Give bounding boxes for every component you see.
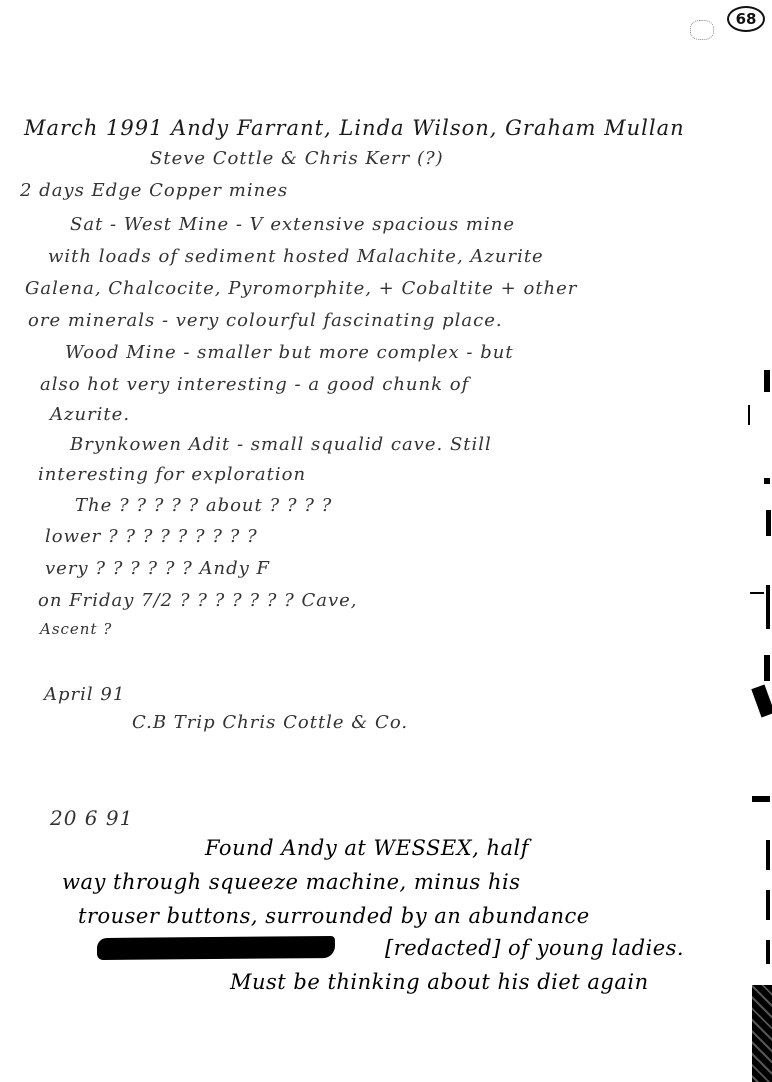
handwritten-line: also hot very interesting - a good chunk…: [40, 374, 469, 395]
smudge-mark: [690, 20, 714, 40]
handwritten-line: The ? ? ? ? ? about ? ? ? ?: [75, 495, 332, 516]
handwritten-line: lower ? ? ? ? ? ? ? ? ?: [45, 526, 258, 547]
handwritten-line: Must be thinking about his diet again: [230, 970, 649, 994]
handwritten-line: very ? ? ? ? ? ? Andy F: [45, 558, 270, 579]
handwritten-line: Galena, Chalcocite, Pyromorphite, + Coba…: [25, 278, 577, 299]
handwritten-line: C.B Trip Chris Cottle & Co.: [132, 712, 408, 733]
handwritten-line: Steve Cottle & Chris Kerr (?): [150, 148, 444, 169]
handwritten-line: [redacted] of young ladies.: [385, 936, 684, 960]
handwritten-line: Azurite.: [50, 404, 130, 425]
handwritten-line: way through squeeze machine, minus his: [62, 870, 521, 894]
handwritten-line: trouser buttons, surrounded by an abunda…: [78, 904, 590, 928]
scan-edge: [748, 0, 772, 1082]
handwritten-line: 2 days Edge Copper mines: [20, 180, 288, 201]
handwritten-line: interesting for exploration: [38, 464, 306, 485]
handwritten-line: ore minerals - very colourful fascinatin…: [28, 310, 503, 331]
scan-edge-dark: [752, 985, 772, 1082]
redaction-scribble: [97, 936, 335, 960]
handwritten-line: Brynkowen Adit - small squalid cave. Sti…: [70, 434, 492, 455]
handwritten-line: on Friday 7/2 ? ? ? ? ? ? ? Cave,: [38, 590, 358, 611]
handwritten-line: 20 6 91: [50, 806, 133, 830]
handwritten-line: Ascent ?: [40, 620, 112, 638]
handwritten-line: Sat - West Mine - V extensive spacious m…: [70, 214, 515, 235]
handwritten-line: Found Andy at WESSEX, half: [205, 836, 529, 860]
handwritten-line: with loads of sediment hosted Malachite,…: [48, 246, 544, 267]
handwritten-line: Wood Mine - smaller but more complex - b…: [65, 342, 514, 363]
handwritten-line: April 91: [44, 684, 125, 705]
handwritten-line: March 1991 Andy Farrant, Linda Wilson, G…: [24, 116, 685, 140]
